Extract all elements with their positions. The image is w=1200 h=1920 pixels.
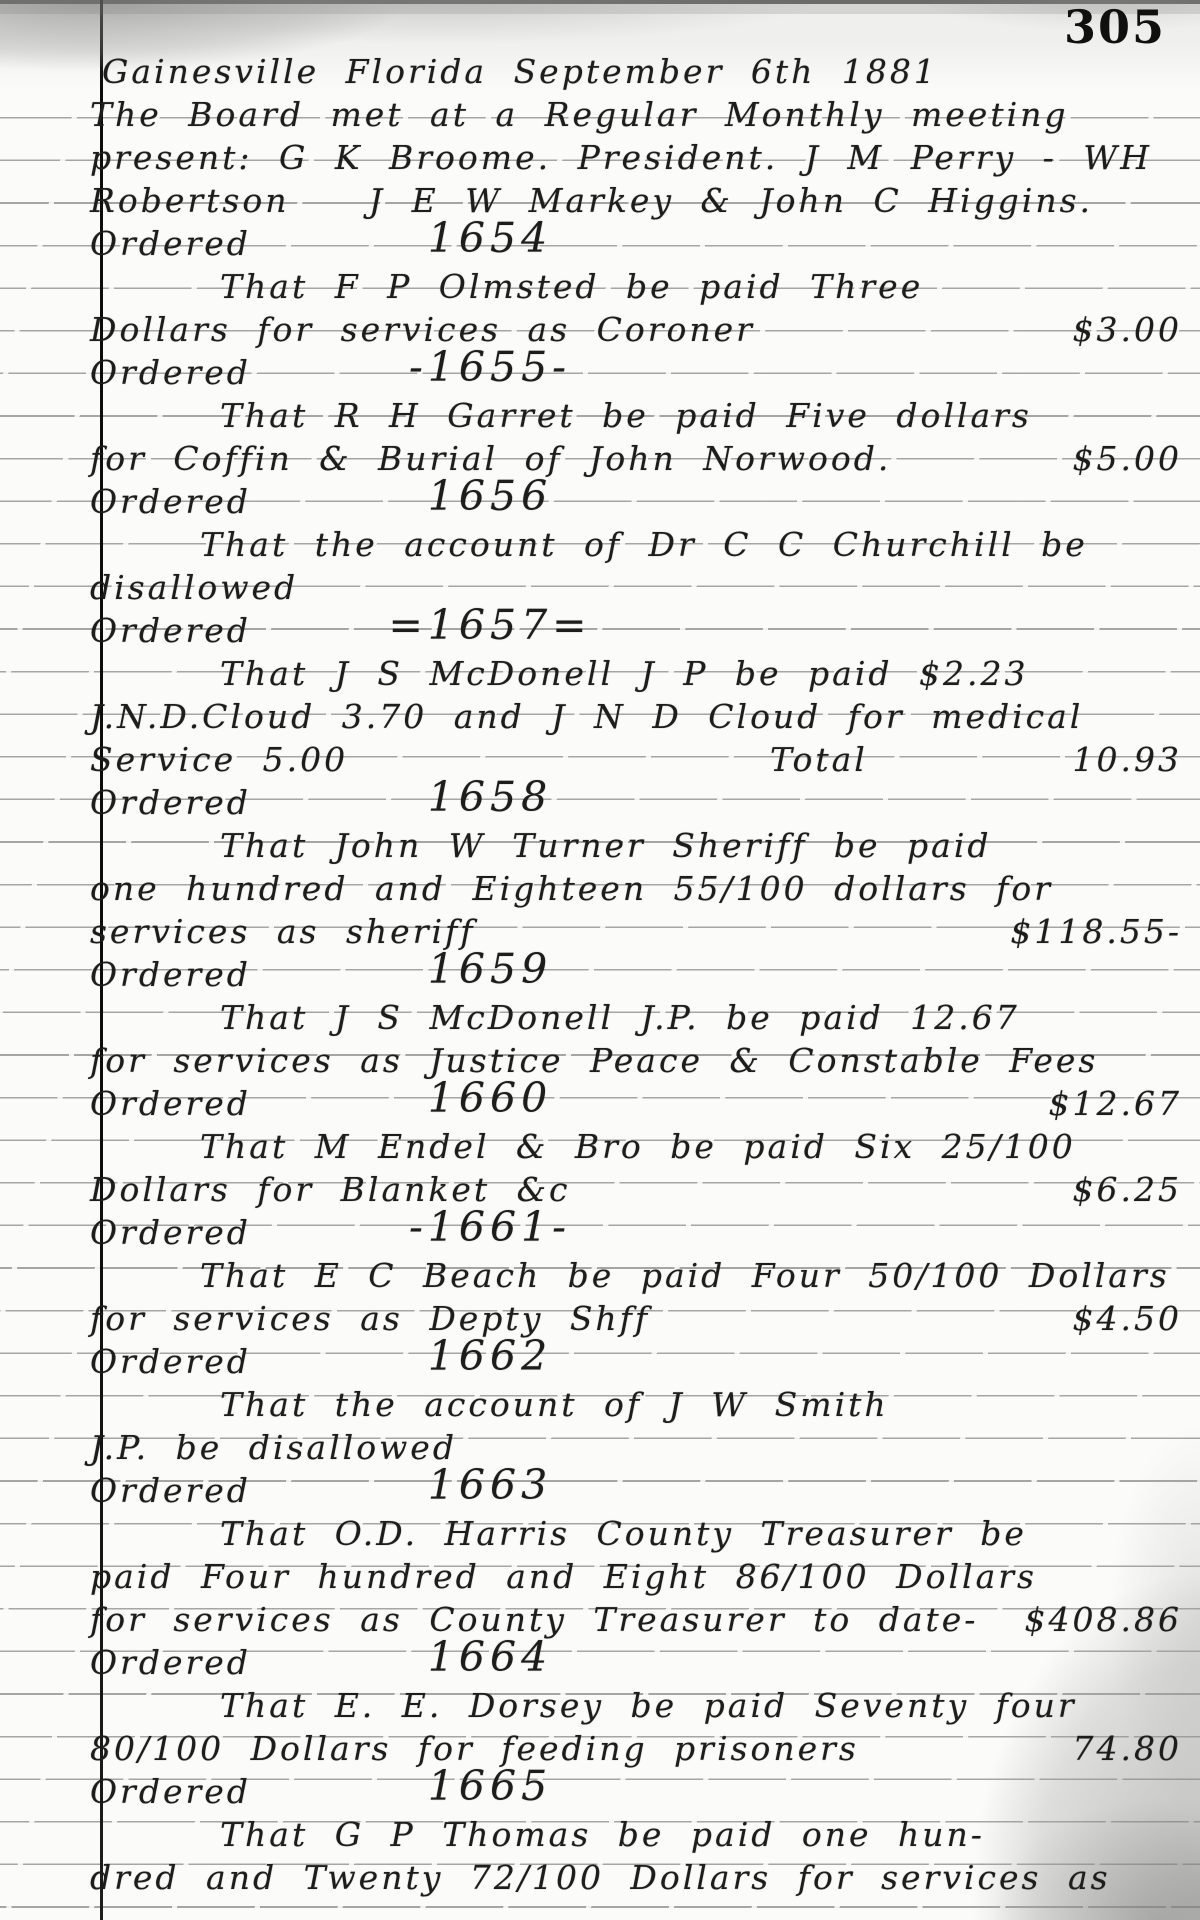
line-text: paid Four hundred and Eight 86/100 Dolla…	[90, 1555, 1037, 1598]
ledger-line: disallowed	[90, 566, 1182, 609]
amount: $12.67	[1049, 1082, 1182, 1125]
ledger-line: Ordered1654	[90, 222, 1182, 265]
ledger-line: Ordered1665	[90, 1770, 1182, 1813]
line-text: Ordered	[90, 953, 251, 996]
line-text: dred and Twenty 72/100 Dollars for servi…	[90, 1856, 1111, 1899]
order-number: 1662	[370, 1335, 610, 1378]
page-number: 305	[1064, 0, 1166, 54]
order-number: -1655-	[370, 346, 610, 389]
amount: 74.80	[1073, 1727, 1182, 1770]
line-text: for services as Justice Peace & Constabl…	[90, 1039, 1098, 1082]
line-text: That E C Beach be paid Four 50/100 Dolla…	[200, 1254, 1170, 1297]
ledger-line: services as sheriff$118.55-	[90, 910, 1182, 953]
line-text: J.N.D.Cloud 3.70 and J N D Cloud for med…	[90, 695, 1083, 738]
line-text: Ordered	[90, 351, 251, 394]
ledger-line: Ordered1659	[90, 953, 1182, 996]
ledger-line: Dollars for Blanket &c$6.25	[90, 1168, 1182, 1211]
order-number: =1657=	[370, 604, 610, 647]
order-number: -1661-	[370, 1206, 610, 1249]
order-number: 1658	[370, 776, 610, 819]
ledger-line: Ordered1658	[90, 781, 1182, 824]
ledger-line: paid Four hundred and Eight 86/100 Dolla…	[90, 1555, 1182, 1598]
ledger-line: 80/100 Dollars for feeding prisoners74.8…	[90, 1727, 1182, 1770]
line-text: Robertson J E W Markey & John C Higgins.	[90, 179, 1093, 222]
ledger-line: J.P. be disallowed	[90, 1426, 1182, 1469]
line-text: Ordered	[90, 222, 251, 265]
line-text: Ordered	[90, 1641, 251, 1684]
line-text: That the account of J W Smith	[220, 1383, 889, 1426]
amount: 10.93	[1073, 738, 1182, 781]
order-number: 1659	[370, 948, 610, 991]
line-text: J.P. be disallowed	[90, 1426, 457, 1469]
order-number: 1664	[370, 1636, 610, 1679]
line-text: That O.D. Harris County Treasurer be	[220, 1512, 1027, 1555]
line-text: services as sheriff	[90, 910, 475, 953]
ledger-line: That E C Beach be paid Four 50/100 Dolla…	[90, 1254, 1182, 1297]
ledger-line: present: G K Broome. President. J M Perr…	[90, 136, 1182, 179]
amount: $408.86	[1025, 1598, 1182, 1641]
amount: $5.00	[1073, 437, 1182, 480]
line-text: That J S McDonell J.P. be paid 12.67	[220, 996, 1020, 1039]
line-text: present: G K Broome. President. J M Perr…	[90, 136, 1152, 179]
ledger-line: Ordered=1657=	[90, 609, 1182, 652]
ledger-line: for services as Depty Shff$4.50	[90, 1297, 1182, 1340]
handwriting-layer: Gainesville Florida September 6th 1881Th…	[90, 50, 1182, 1899]
ledger-line: That the account of Dr C C Churchill be	[90, 523, 1182, 566]
ledger-line: Ordered1662	[90, 1340, 1182, 1383]
ledger-line: That John W Turner Sheriff be paid	[90, 824, 1182, 867]
line-text: That John W Turner Sheriff be paid	[220, 824, 992, 867]
ledger-line: for services as County Treasurer to date…	[90, 1598, 1182, 1641]
ledger-line: That J S McDonell J P be paid $2.23	[90, 652, 1182, 695]
line-text: Ordered	[90, 480, 251, 523]
ledger-line: Ordered1664	[90, 1641, 1182, 1684]
line-text: Ordered	[90, 609, 251, 652]
ledger-line: for Coffin & Burial of John Norwood.$5.0…	[90, 437, 1182, 480]
line-text: The Board met at a Regular Monthly meeti…	[90, 93, 1069, 136]
ledger-line: Ordered1660$12.67	[90, 1082, 1182, 1125]
ledger-line: Ordered1663	[90, 1469, 1182, 1512]
amount: $4.50	[1073, 1297, 1182, 1340]
line-text: That R H Garret be paid Five dollars	[220, 394, 1032, 437]
amount: $6.25	[1073, 1168, 1182, 1211]
ledger-line: dred and Twenty 72/100 Dollars for servi…	[90, 1856, 1182, 1899]
ledger-page: 305 Gainesville Florida September 6th 18…	[0, 0, 1200, 1920]
ledger-line: That M Endel & Bro be paid Six 25/100	[90, 1125, 1182, 1168]
ledger-line: That R H Garret be paid Five dollars	[90, 394, 1182, 437]
ledger-line: That E. E. Dorsey be paid Seventy four	[90, 1684, 1182, 1727]
line-text: That M Endel & Bro be paid Six 25/100	[200, 1125, 1076, 1168]
order-number: 1660	[370, 1077, 610, 1120]
line-text: Ordered	[90, 1340, 251, 1383]
order-number: 1656	[370, 475, 610, 518]
line-text: Ordered	[90, 781, 251, 824]
line-text: Ordered	[90, 1469, 251, 1512]
line-text: That G P Thomas be paid one hun-	[220, 1813, 985, 1856]
line-text: Service 5.00	[90, 738, 348, 781]
ledger-line: That J S McDonell J.P. be paid 12.67	[90, 996, 1182, 1039]
ledger-line: Service 5.00Total10.93	[90, 738, 1182, 781]
line-text: That J S McDonell J P be paid $2.23	[220, 652, 1028, 695]
ledger-line: for services as Justice Peace & Constabl…	[90, 1039, 1182, 1082]
ledger-line: Gainesville Florida September 6th 1881	[90, 50, 1182, 93]
line-text: one hundred and Eighteen 55/100 dollars …	[90, 867, 1053, 910]
ledger-line: Ordered1656	[90, 480, 1182, 523]
ledger-line: Ordered-1661-	[90, 1211, 1182, 1254]
line-text: Gainesville Florida September 6th 1881	[102, 50, 938, 93]
ledger-line: Ordered-1655-	[90, 351, 1182, 394]
amount: $3.00	[1073, 308, 1182, 351]
ledger-line: The Board met at a Regular Monthly meeti…	[90, 93, 1182, 136]
ledger-line: one hundred and Eighteen 55/100 dollars …	[90, 867, 1182, 910]
line-text: Ordered	[90, 1211, 251, 1254]
ledger-line: Dollars for services as Coroner$3.00	[90, 308, 1182, 351]
order-number: 1654	[370, 217, 610, 260]
amount: $118.55-	[1010, 910, 1182, 953]
line-text: Ordered	[90, 1770, 251, 1813]
ledger-line: That the account of J W Smith	[90, 1383, 1182, 1426]
line-text: for services as Depty Shff	[90, 1297, 650, 1340]
ledger-line: J.N.D.Cloud 3.70 and J N D Cloud for med…	[90, 695, 1182, 738]
line-text: That the account of Dr C C Churchill be	[200, 523, 1088, 566]
line-text: Ordered	[90, 1082, 251, 1125]
line-text: That F P Olmsted be paid Three	[220, 265, 923, 308]
ledger-line: That F P Olmsted be paid Three	[90, 265, 1182, 308]
order-number: 1665	[370, 1765, 610, 1808]
total-label: Total	[770, 738, 868, 781]
ledger-line: Robertson J E W Markey & John C Higgins.	[90, 179, 1182, 222]
order-number: 1663	[370, 1464, 610, 1507]
line-text: disallowed	[90, 566, 298, 609]
ledger-line: That G P Thomas be paid one hun-	[90, 1813, 1182, 1856]
line-text: That E. E. Dorsey be paid Seventy four	[220, 1684, 1077, 1727]
ledger-line: That O.D. Harris County Treasurer be	[90, 1512, 1182, 1555]
